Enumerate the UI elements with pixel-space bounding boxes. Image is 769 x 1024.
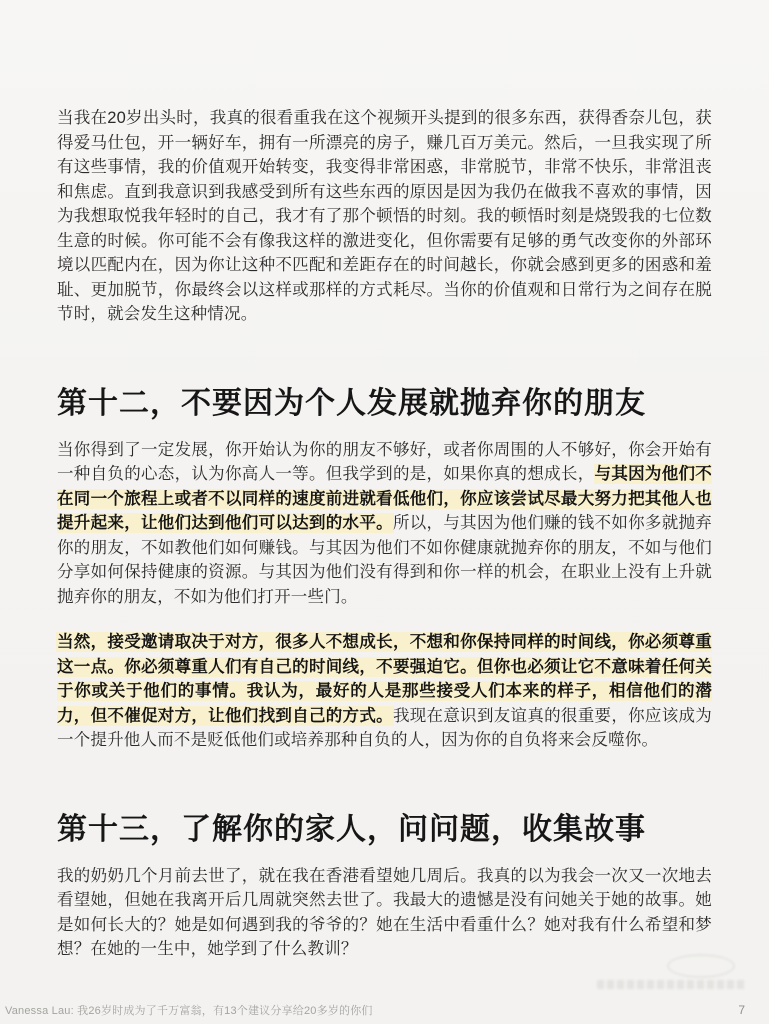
paragraph-friends-growth: 当你得到了一定发展，你开始认为你的朋友不够好，或者你周围的人不够好，你会开始有一… — [57, 438, 712, 610]
article-content: 当我在20岁出头时，我真的很看重我在这个视频开头提到的很多东西，获得香奈儿包，获… — [0, 0, 769, 962]
page-footer: Vanessa Lau: 我26岁时成为了千万富翁，有13个建议分享给20多岁的… — [0, 1002, 769, 1018]
text-segment: 我的奶奶几个月前去世了，就在我在香港看望她几周后。我真的以为我会一次又一次地去看… — [57, 867, 712, 959]
footer-source-title: Vanessa Lau: 我26岁时成为了千万富翁，有13个建议分享给20多岁的… — [5, 1002, 373, 1018]
watermark-text-blur — [597, 980, 745, 989]
document-page: 当我在20岁出头时，我真的很看重我在这个视频开头提到的很多东西，获得香奈儿包，获… — [0, 0, 769, 1024]
section-heading-12: 第十二，不要因为个人发展就抛弃你的朋友 — [57, 385, 712, 422]
page-number: 7 — [738, 1003, 745, 1017]
paragraph-epiphany: 当我在20岁出头时，我真的很看重我在这个视频开头提到的很多东西，获得香奈儿包，获… — [57, 106, 712, 327]
paragraph-friends-respect: 当然，接受邀请取决于对方，很多人不想成长，不想和你保持同样的时间线，你必须尊重这… — [57, 630, 712, 753]
section-heading-13: 第十三，了解你的家人，问问题，收集故事 — [57, 811, 712, 848]
paragraph-grandmother: 我的奶奶几个月前去世了，就在我在香港看望她几周后。我真的以为我会一次又一次地去看… — [57, 864, 712, 962]
text-segment: 当我在20岁出头时，我真的很看重我在这个视频开头提到的很多东西，获得香奈儿包，获… — [57, 109, 712, 323]
